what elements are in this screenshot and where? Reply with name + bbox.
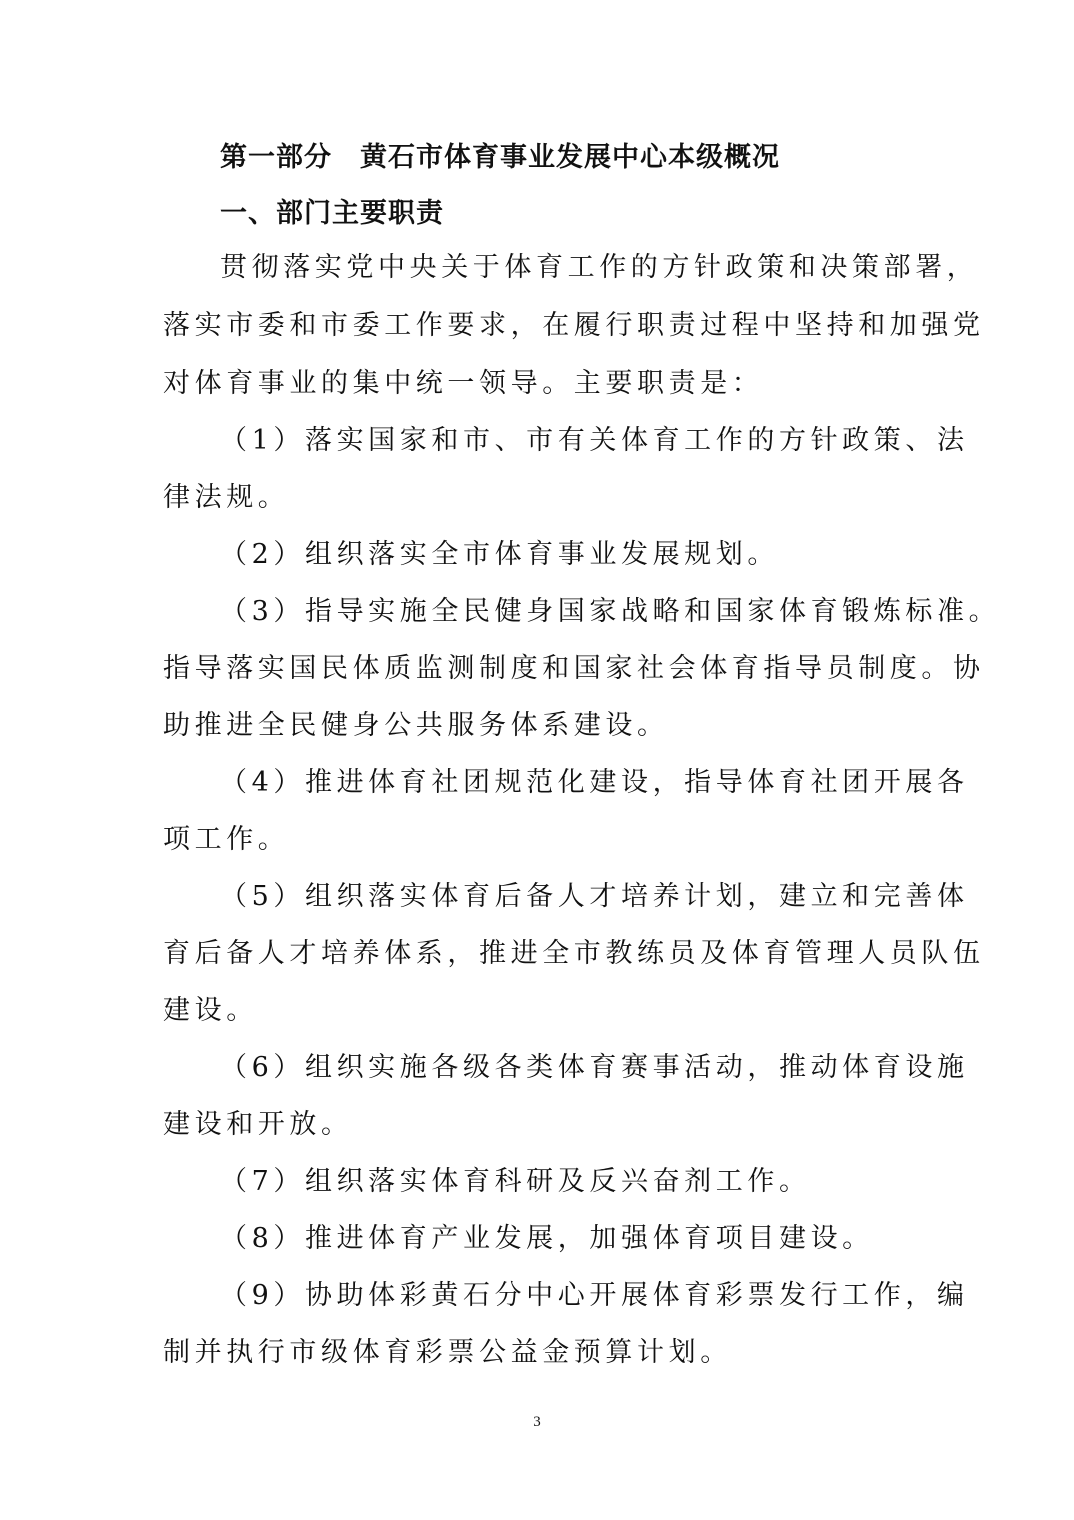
body-line: 建设。 (163, 993, 258, 1029)
page-number: 3 (0, 1414, 1074, 1431)
body-line: 贯彻落实党中央关于体育工作的方针政策和决策部署， (220, 250, 978, 286)
body-line: 建设和开放。 (163, 1107, 353, 1143)
body-line: 落实市委和市委工作要求，在履行职责过程中坚持和加强党 (163, 308, 985, 344)
body-line: （7）组织落实体育科研及反兴奋剂工作。 (220, 1164, 811, 1200)
body-line: （4）推进体育社团规范化建设，指导体育社团开展各 (220, 765, 969, 801)
body-line: 对体育事业的集中统一领导。主要职责是： (163, 366, 763, 402)
body-line: 制并执行市级体育彩票公益金预算计划。 (163, 1335, 732, 1371)
body-line: （1）落实国家和市、市有关体育工作的方针政策、法 (220, 423, 969, 459)
body-line: 育后备人才培养体系，推进全市教练员及体育管理人员队伍 (163, 936, 985, 972)
part-title: 第一部分 黄石市体育事业发展中心本级概况 (220, 140, 780, 176)
body-line: 项工作。 (163, 822, 289, 858)
body-line: 律法规。 (163, 480, 289, 516)
body-line: 指导落实国民体质监测制度和国家社会体育指导员制度。协 (163, 651, 985, 687)
body-line: （9）协助体彩黄石分中心开展体育彩票发行工作，编 (220, 1278, 969, 1314)
body-line: 助推进全民健身公共服务体系建设。 (163, 708, 669, 744)
section-title: 一、部门主要职责 (220, 196, 444, 232)
body-line: （3）指导实施全民健身国家战略和国家体育锻炼标准。 (220, 594, 1000, 630)
body-line: （2）组织落实全市体育事业发展规划。 (220, 537, 779, 573)
body-line: （8）推进体育产业发展，加强体育项目建设。 (220, 1221, 874, 1257)
body-line: （6）组织实施各级各类体育赛事活动，推动体育设施 (220, 1050, 969, 1086)
body-line: （5）组织落实体育后备人才培养计划，建立和完善体 (220, 879, 969, 915)
